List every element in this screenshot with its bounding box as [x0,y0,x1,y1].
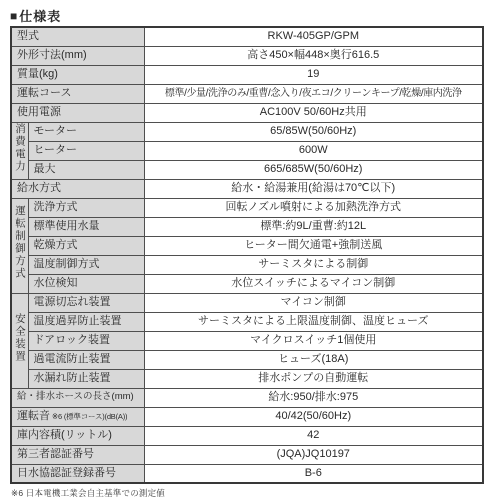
table-row: 型式RKW-405GP/GPM [11,27,483,46]
group-label-text: 運転制御方式 [15,205,26,280]
spec-label: 過電流防止装置 [28,350,144,369]
spec-label: ドアロック装置 [28,331,144,350]
spec-value: 600W [144,141,483,160]
group-label-text: 安全装置 [15,313,26,363]
group-label-text: 消費電力 [15,123,26,173]
spec-label: 給水方式 [11,179,144,198]
spec-value: 標準/少量/洗浄のみ/重曹/念入り/夜エコ/クリーンキープ/乾燥/庫内洗浄 [144,84,483,103]
spec-value: 水位スイッチによるマイコン制御 [144,274,483,293]
spec-label: 温度過昇防止装置 [28,312,144,331]
spec-value: ヒーター間欠通電+強制送風 [144,236,483,255]
spec-label: 運転音 ※6 (標準コース)(dB(A)) [11,407,144,426]
spec-value: RKW-405GP/GPM [144,27,483,46]
spec-label: 運転コース [11,84,144,103]
table-row: 外形寸法(mm)高さ450×幅448×奥行616.5 [11,46,483,65]
group-label-power-consumption: 消費電力 [11,122,28,179]
spec-value: サーミスタによる制御 [144,255,483,274]
table-row: 消費電力モーター65/85W(50/60Hz) [11,122,483,141]
spec-label: 洗浄方式 [28,198,144,217]
table-row: 温度過昇防止装置サーミスタによる上限温度制御、温度ヒューズ [11,312,483,331]
spec-value: 665/685W(50/60Hz) [144,160,483,179]
table-row: 安全装置電源切忘れ装置マイコン制御 [11,293,483,312]
group-label-safety-devices: 安全装置 [11,293,28,388]
spec-sheet-page: ■ 仕様表 型式RKW-405GP/GPM外形寸法(mm)高さ450×幅448×… [0,0,500,500]
spec-label: 質量(kg) [11,65,144,84]
spec-value: 排水ポンプの自動運転 [144,369,483,388]
spec-label-note: ※6 (標準コース)(dB(A)) [50,412,127,421]
spec-value: 給水:950/排水:975 [144,388,483,407]
spec-label: 標準使用水量 [28,217,144,236]
spec-label: 水位検知 [28,274,144,293]
spec-label: 水漏れ防止装置 [28,369,144,388]
spec-label: 型式 [11,27,144,46]
group-label-operation-control: 運転制御方式 [11,198,28,293]
spec-value: サーミスタによる上限温度制御、温度ヒューズ [144,312,483,331]
page-title-text: 仕様表 [19,6,61,25]
spec-value: B-6 [144,464,483,483]
table-row: 運転コース標準/少量/洗浄のみ/重曹/念入り/夜エコ/クリーンキープ/乾燥/庫内… [11,84,483,103]
spec-label: 第三者認証番号 [11,445,144,464]
spec-label: 乾燥方式 [28,236,144,255]
table-row: 第三者認証番号(JQA)JQ10197 [11,445,483,464]
spec-label: 温度制御方式 [28,255,144,274]
spec-value: AC100V 50/60Hz共用 [144,103,483,122]
spec-label: 給・排水ホースの長さ(mm) [11,388,144,407]
spec-label: 日水協認証登録番号 [11,464,144,483]
table-row: 最大665/685W(50/60Hz) [11,160,483,179]
spec-value: マイコン制御 [144,293,483,312]
spec-label: ヒーター [28,141,144,160]
table-row: 標準使用水量標準:約9L/重曹:約12L [11,217,483,236]
table-row: 過電流防止装置ヒューズ(18A) [11,350,483,369]
spec-label: 電源切忘れ装置 [28,293,144,312]
spec-value: ヒューズ(18A) [144,350,483,369]
table-row: 庫内容積(リットル)42 [11,426,483,445]
table-row: 温度制御方式サーミスタによる制御 [11,255,483,274]
table-row: 給・排水ホースの長さ(mm)給水:950/排水:975 [11,388,483,407]
spec-value: 19 [144,65,483,84]
spec-value: マイクロスイッチ1個使用 [144,331,483,350]
spec-table: 型式RKW-405GP/GPM外形寸法(mm)高さ450×幅448×奥行616.… [10,26,484,484]
spec-table-body: 型式RKW-405GP/GPM外形寸法(mm)高さ450×幅448×奥行616.… [11,27,483,483]
spec-value: 給水・給湯兼用(給湯は70℃以下) [144,179,483,198]
table-row: 質量(kg)19 [11,65,483,84]
table-row: 運転音 ※6 (標準コース)(dB(A))40/42(50/60Hz) [11,407,483,426]
table-row: 水漏れ防止装置排水ポンプの自動運転 [11,369,483,388]
table-row: ヒーター600W [11,141,483,160]
spec-value: 高さ450×幅448×奥行616.5 [144,46,483,65]
spec-label: 使用電源 [11,103,144,122]
spec-value: (JQA)JQ10197 [144,445,483,464]
table-row: 日水協認証登録番号B-6 [11,464,483,483]
spec-value: 標準:約9L/重曹:約12L [144,217,483,236]
table-row: 乾燥方式ヒーター間欠通電+強制送風 [11,236,483,255]
spec-value: 65/85W(50/60Hz) [144,122,483,141]
spec-value: 40/42(50/60Hz) [144,407,483,426]
table-row: 運転制御方式洗浄方式回転ノズル噴射による加熱洗浄方式 [11,198,483,217]
table-row: 使用電源AC100V 50/60Hz共用 [11,103,483,122]
spec-value: 回転ノズル噴射による加熱洗浄方式 [144,198,483,217]
square-bullet-icon: ■ [10,10,18,22]
spec-value: 42 [144,426,483,445]
page-title: ■ 仕様表 [10,6,61,25]
footnote: ※6 日本電機工業会自主基準での測定値 [11,487,165,499]
spec-label: 庫内容積(リットル) [11,426,144,445]
spec-label: 最大 [28,160,144,179]
table-row: ドアロック装置マイクロスイッチ1個使用 [11,331,483,350]
table-row: 給水方式給水・給湯兼用(給湯は70℃以下) [11,179,483,198]
table-row: 水位検知水位スイッチによるマイコン制御 [11,274,483,293]
spec-label: モーター [28,122,144,141]
spec-label: 外形寸法(mm) [11,46,144,65]
